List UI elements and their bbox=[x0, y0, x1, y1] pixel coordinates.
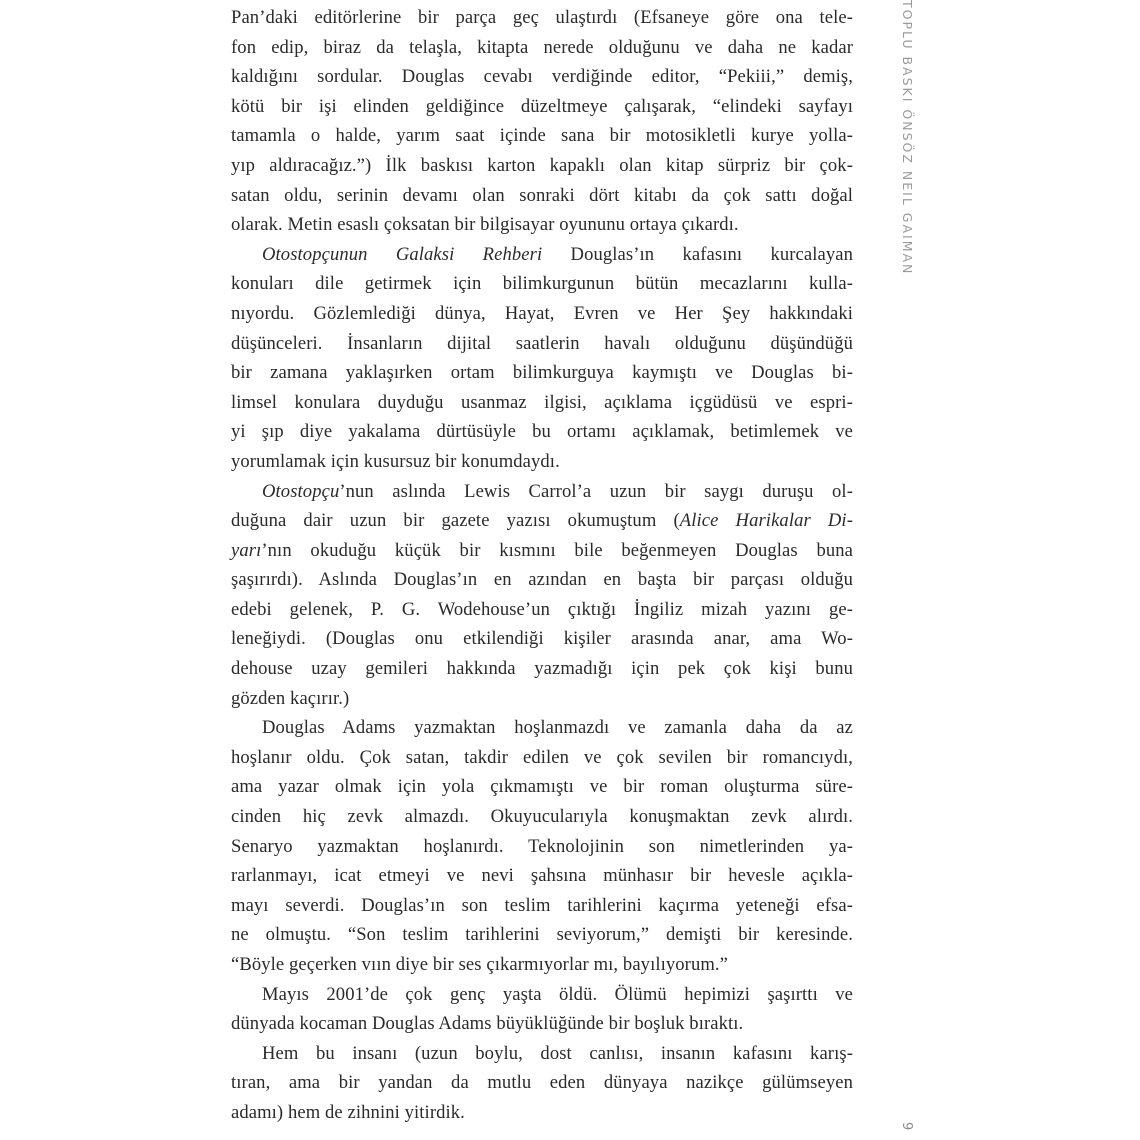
text-line: şaşırırdı). Aslında Douglas’ın en azında… bbox=[231, 565, 853, 595]
page-number: 9 bbox=[899, 1122, 914, 1130]
text-line: yıp aldıracağız.”) İlk baskısı karton ka… bbox=[231, 151, 853, 181]
text-line: hoşlanır oldu. Çok satan, takdir edilen … bbox=[231, 743, 853, 773]
text-line: bir zamana yaklaşırken ortam bilimkurguy… bbox=[231, 358, 853, 388]
text-line: yarı’nın okuduğu küçük bir kısmını bile … bbox=[231, 536, 853, 566]
text-line: Mayıs 2001’de çok genç yaşta öldü. Ölümü… bbox=[231, 980, 853, 1010]
text-fragment: Douglas’ın kafasını kurcalayan bbox=[542, 244, 853, 265]
text-line: Senaryo yazmaktan hoşlanırdı. Teknolojin… bbox=[231, 832, 853, 862]
text-line: ama yazar olmak için yola çıkmamıştı ve … bbox=[231, 772, 853, 802]
text-line: “Böyle geçerken vıın diye bir ses çıkarm… bbox=[231, 950, 853, 980]
text-line: satan oldu, serinin devamı olan sonraki … bbox=[231, 181, 853, 211]
running-head: TOPLU BASKI ÖNSÖZ NEIL GAIMAN bbox=[900, 0, 915, 275]
book-title-italic: Otostopçu bbox=[262, 481, 339, 502]
text-line: nıyordu. Gözlemlediği dünya, Hayat, Evre… bbox=[231, 299, 853, 329]
text-line: edebi gelenek, P. G. Wodehouse’un çıktığ… bbox=[231, 595, 853, 625]
text-line: Otostopçunun Galaksi Rehberi Douglas’ın … bbox=[231, 240, 853, 270]
body-text: Pan’daki editörlerine bir parça geç ulaş… bbox=[231, 3, 853, 1128]
text-line: dünyada kocaman Douglas Adams büyüklüğün… bbox=[231, 1009, 853, 1039]
text-line: tıran, ama bir yandan da mutlu eden düny… bbox=[231, 1068, 853, 1098]
text-line: yorumlamak için kusursuz bir konumdaydı. bbox=[231, 447, 853, 477]
text-fragment: duğuna dair uzun bir gazete yazısı okumu… bbox=[231, 510, 680, 531]
text-line: Douglas Adams yazmaktan hoşlanmazdı ve z… bbox=[231, 713, 853, 743]
book-page: Pan’daki editörlerine bir parça geç ulaş… bbox=[0, 0, 1140, 1140]
text-line: kötü bir işi elinden geldiğince düzeltme… bbox=[231, 92, 853, 122]
text-line: limsel konulara duyduğu usanmaz ilgisi, … bbox=[231, 388, 853, 418]
text-line: düşünceleri. İnsanların dijital saatleri… bbox=[231, 329, 853, 359]
text-line: ne olmuştu. “Son teslim tarihlerini sevi… bbox=[231, 920, 853, 950]
text-line: adamı) hem de zihnini yitirdik. bbox=[231, 1098, 853, 1128]
text-line: gözden kaçırır.) bbox=[231, 684, 853, 714]
text-line: mayı severdi. Douglas’ın son teslim tari… bbox=[231, 891, 853, 921]
text-fragment: ’nun aslında Lewis Carrol’a uzun bir say… bbox=[339, 481, 853, 502]
book-title-italic: Alice Harikalar Di- bbox=[680, 510, 853, 531]
text-line: rarlanmayı, icat etmeyi ve nevi şahsına … bbox=[231, 861, 853, 891]
text-line: fon edip, biraz da telaşla, kitapta nere… bbox=[231, 33, 853, 63]
book-title-italic: yarı bbox=[231, 540, 261, 561]
text-line: yi şıp diye yakalama dürtüsüyle bu ortam… bbox=[231, 417, 853, 447]
text-fragment: ’nın okuduğu küçük bir kısmını bile beğe… bbox=[261, 540, 853, 561]
text-line: konuları dile getirmek için bilimkurgunu… bbox=[231, 269, 853, 299]
text-line: kaldığını sordular. Douglas cevabı verdi… bbox=[231, 62, 853, 92]
text-line: Otostopçu’nun aslında Lewis Carrol’a uzu… bbox=[231, 477, 853, 507]
book-title-italic: Otostopçunun Galaksi Rehberi bbox=[262, 244, 542, 265]
text-line: leneğiydi. (Douglas onu etkilendiği kişi… bbox=[231, 624, 853, 654]
text-line: olarak. Metin esaslı çoksatan bir bilgis… bbox=[231, 210, 853, 240]
text-line: cinden hiç zevk almazdı. Okuyucularıyla … bbox=[231, 802, 853, 832]
text-line: tamamla o halde, yarım saat içinde sana … bbox=[231, 121, 853, 151]
text-line: dehouse uzay gemileri hakkında yazmadığı… bbox=[231, 654, 853, 684]
text-line: Hem bu insanı (uzun boylu, dost canlısı,… bbox=[231, 1039, 853, 1069]
text-line: duğuna dair uzun bir gazete yazısı okumu… bbox=[231, 506, 853, 536]
text-line: Pan’daki editörlerine bir parça geç ulaş… bbox=[231, 3, 853, 33]
